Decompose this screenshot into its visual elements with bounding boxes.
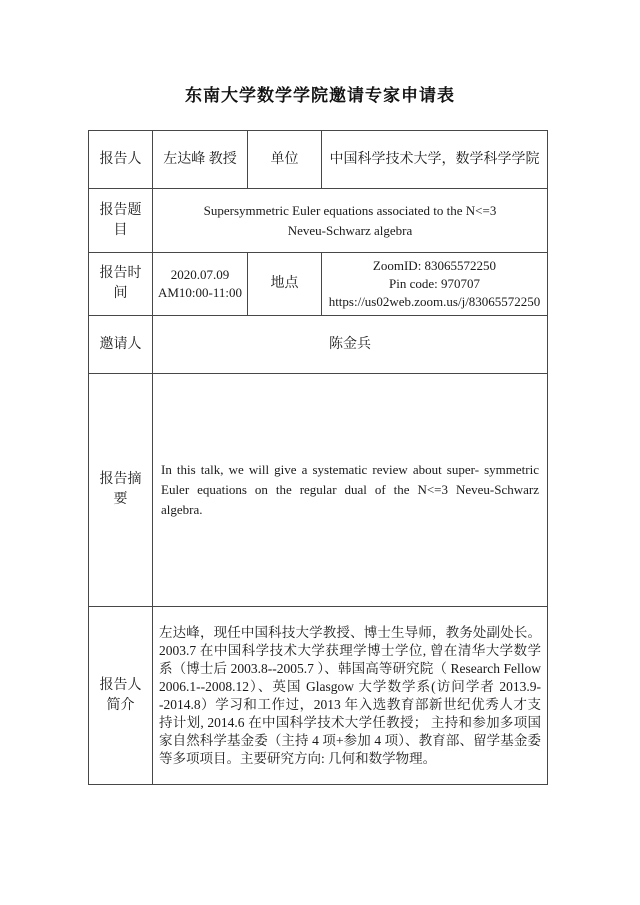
row-abstract: 报告摘要 In this talk, we will give a system… <box>89 374 548 607</box>
row-speaker: 报告人 左达峰 教授 单位 中国科学技术大学，数学科学学院 <box>89 131 548 189</box>
document-page: { "page_title": "东南大学数学学院邀请专家申请表", "form… <box>0 0 640 905</box>
talk-title-line2: Neveu-Schwarz algebra <box>157 221 543 241</box>
speaker-value: 左达峰 教授 <box>153 131 248 189</box>
speaker-label: 报告人 <box>89 131 153 189</box>
time-hours: AM10:00-11:00 <box>157 284 243 302</box>
venue-label: 地点 <box>248 253 322 316</box>
row-time-venue: 报告时间 2020.07.09 AM10:00-11:00 地点 ZoomID:… <box>89 253 548 316</box>
row-bio: 报告人简介 左达峰，现任中国科技大学教授、博士生导师，教务处副处长。2003.7… <box>89 607 548 785</box>
row-talk-title: 报告题目 Supersymmetric Euler equations asso… <box>89 189 548 253</box>
affiliation-label: 单位 <box>248 131 322 189</box>
time-value: 2020.07.09 AM10:00-11:00 <box>153 253 248 316</box>
application-form-table: 报告人 左达峰 教授 单位 中国科学技术大学，数学科学学院 报告题目 Super… <box>88 130 548 785</box>
talk-title-label: 报告题目 <box>89 189 153 253</box>
talk-title-value: Supersymmetric Euler equations associate… <box>153 189 548 253</box>
venue-zoom-id: ZoomID: 83065572250 <box>326 257 543 275</box>
affiliation-value: 中国科学技术大学，数学科学学院 <box>322 131 548 189</box>
time-date: 2020.07.09 <box>157 266 243 284</box>
abstract-value: In this talk, we will give a systematic … <box>153 374 548 607</box>
abstract-label: 报告摘要 <box>89 374 153 607</box>
talk-title-line1: Supersymmetric Euler equations associate… <box>157 201 543 221</box>
inviter-value: 陈金兵 <box>153 316 548 374</box>
venue-pin-code: Pin code: 970707 <box>326 275 543 293</box>
document-title: 东南大学数学学院邀请专家申请表 <box>0 81 640 106</box>
time-label: 报告时间 <box>89 253 153 316</box>
venue-zoom-url: https://us02web.zoom.us/j/83065572250 <box>326 293 543 311</box>
bio-label: 报告人简介 <box>89 607 153 785</box>
venue-value: ZoomID: 83065572250 Pin code: 970707 htt… <box>322 253 548 316</box>
inviter-label: 邀请人 <box>89 316 153 374</box>
bio-value: 左达峰，现任中国科技大学教授、博士生导师，教务处副处长。2003.7 在中国科学… <box>153 607 548 785</box>
row-inviter: 邀请人 陈金兵 <box>89 316 548 374</box>
